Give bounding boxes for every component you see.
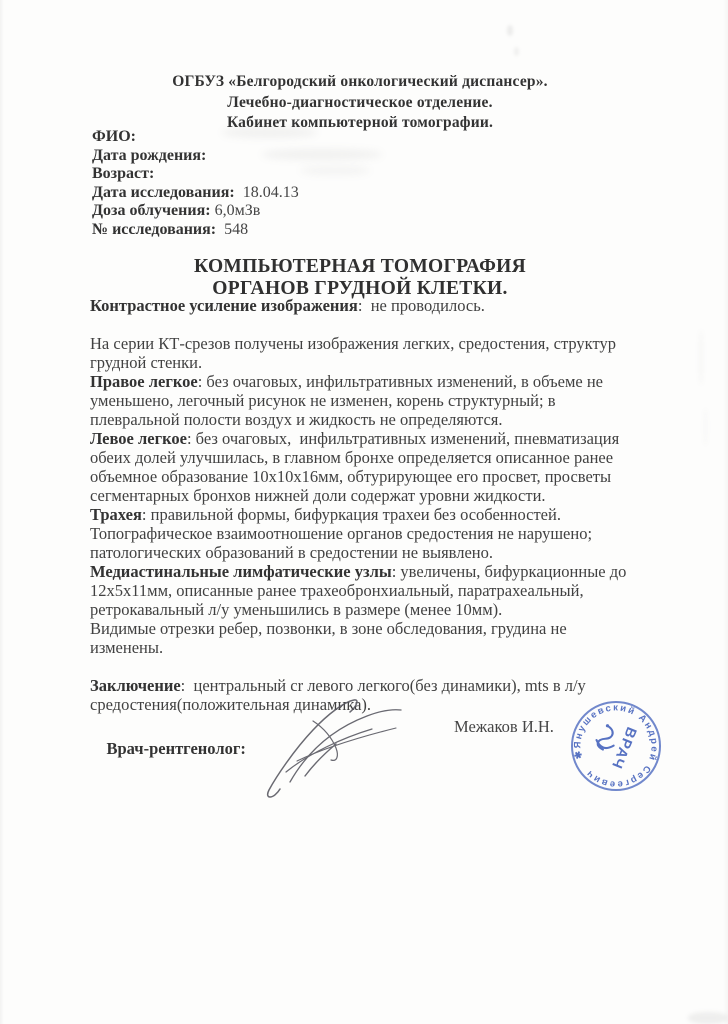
report-text: : увеличены, бифуркационные до (392, 562, 627, 581)
document-title: КОМПЬЮТЕРНАЯ ТОМОГРАФИЯ ОРГАНОВ ГРУДНОЙ … (90, 256, 630, 299)
report-line: ретрокавальный л/у уменьшились в размере… (90, 600, 650, 619)
report-text: Топографическое взаимоотношение органов … (90, 524, 592, 543)
report-term-bold: Медиастинальные лимфатические узлы (90, 562, 392, 581)
report-text: : не проводилось. (358, 296, 485, 315)
report-line: обеих долей улучшилась, в главном бронхе… (90, 448, 650, 467)
report-line: Левое легкое: без очаговых, инфильтратив… (90, 429, 650, 448)
scan-smudge (514, 47, 519, 56)
report-line: Правое легкое: без очаговых, инфильтрати… (90, 372, 650, 391)
report-line: сегментарных бронхов нижней доли содержа… (90, 486, 650, 505)
report-text: : без очаговых, инфильтративных изменени… (187, 429, 619, 448)
report-line: Медиастинальные лимфатические узлы: увел… (90, 562, 650, 581)
report-text: патологических образований в средостении… (90, 543, 493, 562)
report-text: уменьшено, легочный рисунок не изменен, … (90, 391, 556, 410)
report-line: Трахея: правильной формы, бифуркация тра… (90, 505, 650, 524)
field-label: Доза облучения: (92, 202, 211, 219)
report-line (90, 315, 650, 334)
report-text: : правильной формы, бифуркация трахеи бе… (142, 505, 561, 524)
field-row: Дата исследования: 18.04.13 (92, 184, 512, 203)
report-term-bold: Правое легкое (90, 372, 198, 391)
report-term-bold: Заключение (90, 676, 181, 695)
scan-smudge (704, 408, 707, 446)
report-text: : без очаговых, инфильтративных изменени… (198, 372, 603, 391)
doctor-name: Межаков И.Н. (454, 716, 554, 738)
report-line (90, 657, 650, 676)
scan-smudge (507, 25, 513, 36)
field-row: Возраст: (92, 165, 512, 184)
field-row: № исследования: 548 (92, 221, 512, 240)
report-line: плевральной полости воздух и жидкость не… (90, 410, 650, 429)
radiologist-label: Врач-рентгенолог: (107, 739, 246, 758)
report-term-bold: Трахея (90, 505, 142, 524)
report-line: патологических образований в средостении… (90, 543, 650, 562)
document-title-line1: КОМПЬЮТЕРНАЯ ТОМОГРАФИЯ (90, 256, 630, 278)
doctor-round-stamp: ✱Янушевский Андрей Сергеевич ВРАЧ (566, 696, 666, 796)
report-text: изменены. (90, 638, 163, 657)
header-line: ОГБУЗ «Белгородский онкологический диспа… (90, 72, 630, 93)
report-text: грудной стенки. (90, 353, 202, 372)
field-row: ФИО: (92, 128, 512, 147)
report-line: грудной стенки. (90, 353, 650, 372)
report-text: ретрокавальный л/у уменьшились в размере… (90, 600, 502, 619)
field-label: Возраст: (92, 165, 154, 182)
report-term-bold: Левое легкое (90, 429, 187, 448)
field-value: 18.04.13 (235, 184, 299, 201)
report-text: плевральной полости воздух и жидкость не… (90, 410, 503, 429)
field-label: ФИО: (92, 128, 136, 145)
report-text: На серии КТ-срезов получены изображения … (90, 334, 616, 353)
field-label: Дата исследования: (92, 184, 235, 201)
field-row: Дата рождения: (92, 147, 512, 166)
field-value: 6,0мЗв (211, 202, 261, 219)
field-label: Дата рождения: (92, 147, 206, 164)
report-line: изменены. (90, 638, 650, 657)
report-text: средостения(положительная динамика). (90, 695, 371, 714)
report-body: Контрастное усиление изображения: не про… (90, 296, 650, 714)
field-row: Доза облучения: 6,0мЗв (92, 202, 512, 221)
patient-fields: ФИО:Дата рождения:Возраст:Дата исследова… (92, 128, 512, 240)
report-line: Контрастное усиление изображения: не про… (90, 296, 650, 315)
report-text: сегментарных бронхов нижней доли содержа… (90, 486, 546, 505)
field-value: 548 (216, 221, 248, 238)
report-line: Заключение: центральный cr левого легког… (90, 676, 650, 695)
report-text: : центральный cr левого легкого(без дина… (181, 676, 586, 695)
report-line: объемное образование 10х10х16мм, обтурир… (90, 467, 650, 486)
report-text: объемное образование 10х10х16мм, обтурир… (90, 467, 611, 486)
report-line: Топографическое взаимоотношение органов … (90, 524, 650, 543)
report-line: 12х5х11мм, описанные ранее трахеобронхиа… (90, 581, 650, 600)
scanned-report-page: ОГБУЗ «Белгородский онкологический диспа… (0, 0, 728, 1024)
header-line: Лечебно-диагностическое отделение. (90, 93, 630, 114)
report-text: Видимые отрезки ребер, позвонки, в зоне … (90, 619, 567, 638)
report-line: Видимые отрезки ребер, позвонки, в зоне … (90, 619, 650, 638)
report-text: 12х5х11мм, описанные ранее трахеобронхиа… (90, 581, 584, 600)
report-line: На серии КТ-срезов получены изображения … (90, 334, 650, 353)
scan-smudge (699, 330, 703, 385)
report-line: уменьшено, легочный рисунок не изменен, … (90, 391, 650, 410)
scan-edge-artifact (688, 1012, 728, 1024)
organization-header: ОГБУЗ «Белгородский онкологический диспа… (90, 72, 630, 134)
report-term-bold: Контрастное усиление изображения (90, 296, 358, 315)
report-text: обеих долей улучшилась, в главном бронхе… (90, 448, 613, 467)
field-label: № исследования: (92, 221, 216, 238)
